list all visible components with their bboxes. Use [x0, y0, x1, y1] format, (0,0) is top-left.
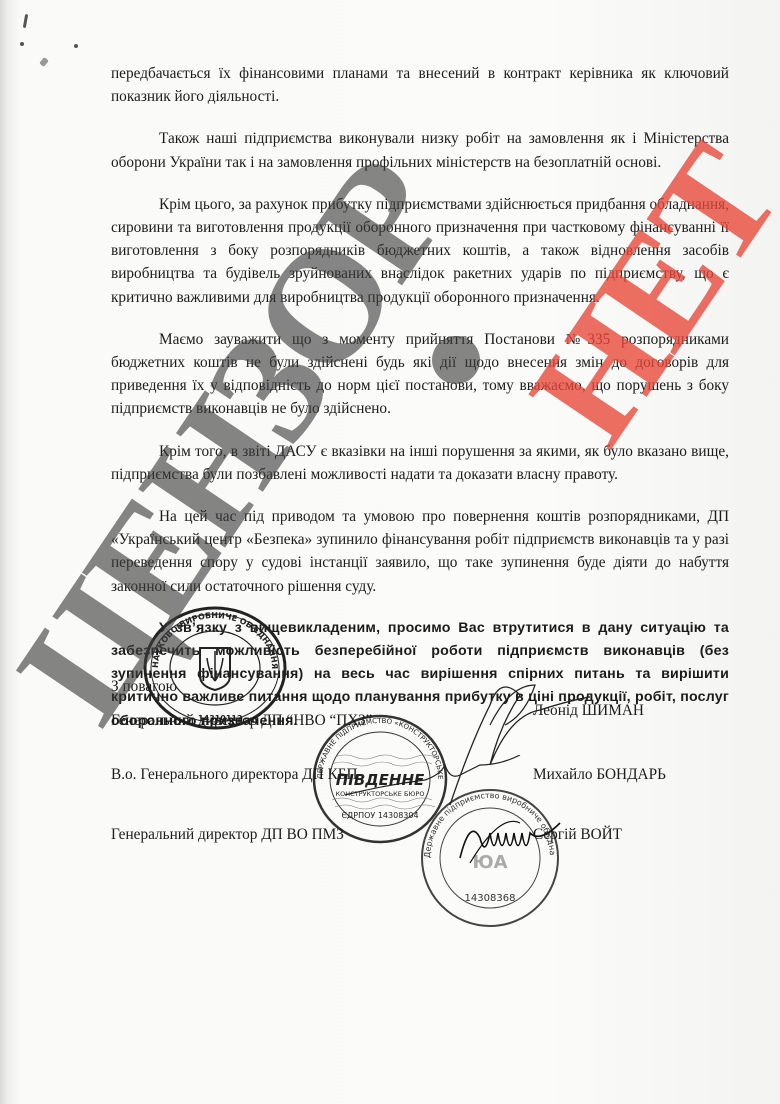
- signatory-name-3: Сергій ВОЙТ: [533, 826, 622, 844]
- document-page: передбачається їх фінансовими планами та…: [0, 0, 780, 1104]
- signature-bondar: [340, 755, 540, 805]
- watermark-dot: [432, 336, 480, 384]
- signatory-name-1: Леонід ШИМАН: [533, 702, 644, 720]
- svg-text:14308368: 14308368: [465, 893, 516, 904]
- paragraph-continuation: передбачається їх фінансовими планами та…: [111, 62, 729, 108]
- signatory-name-2: Михайло БОНДАРЬ: [533, 766, 666, 784]
- signatory-title-2: В.о. Генерального директора ДП КБП: [111, 766, 358, 784]
- signatory-title-3: Генеральний директор ДП ВО ПМЗ: [111, 826, 344, 844]
- svg-text:ЄДРПОУ 14308304: ЄДРПОУ 14308304: [341, 811, 418, 820]
